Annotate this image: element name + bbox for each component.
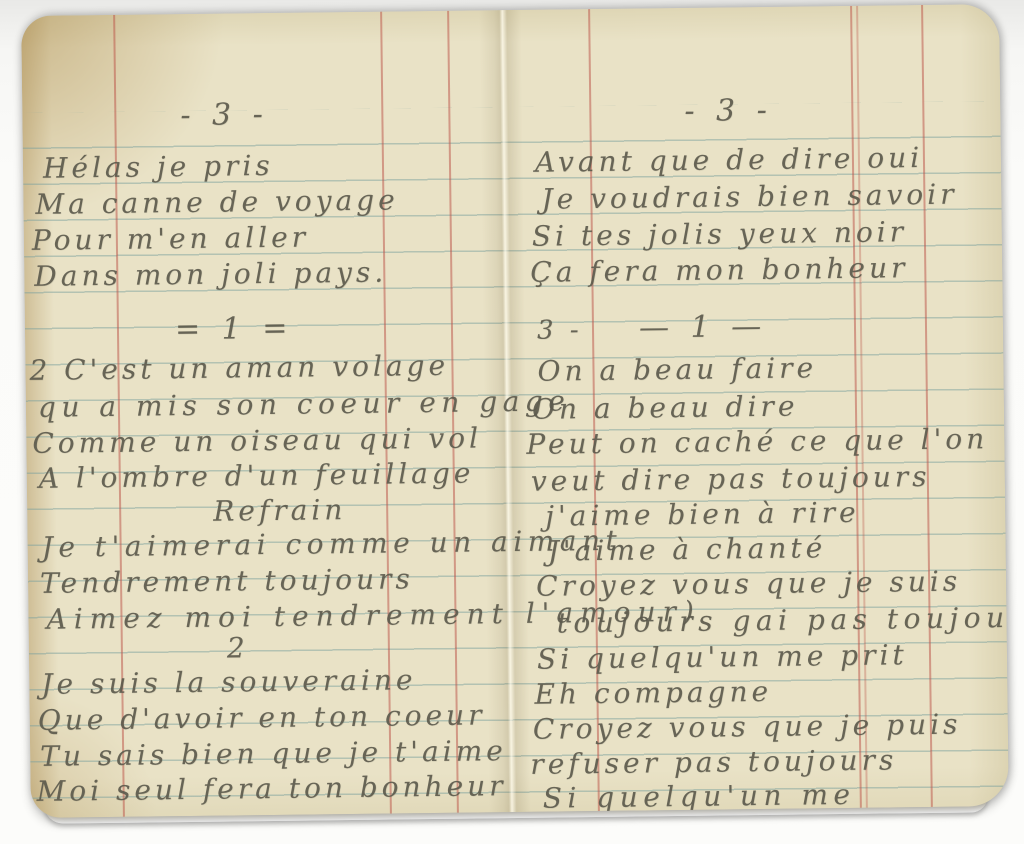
handwriting-line: Que d'avoir en ton coeur	[38, 698, 486, 736]
handwriting-line: qu a mis son coeur en gage	[38, 384, 571, 424]
left-page-number-heading: - 3 -	[180, 97, 269, 133]
handwriting-line: Dans mon joli pays.	[34, 256, 387, 293]
handwriting-line: J'aime à chanté	[548, 531, 827, 567]
handwriting-line: Si tes jolis yeux noir	[532, 215, 908, 253]
handwriting-line: Si quelqu'un me prit	[537, 638, 908, 676]
handwriting-line: toujours gai pas toujours	[556, 601, 1008, 640]
handwriting-line: Croyez vous que je puis	[533, 708, 962, 746]
refrain-heading: Refrain	[213, 493, 346, 528]
verse2-heading: 2	[227, 631, 249, 664]
right-song-heading: — 1 —	[639, 309, 768, 346]
handwriting-line: A l'ombre d'un feuillage	[39, 457, 475, 495]
handwriting-line: Ça fera mon bonheur	[530, 251, 908, 289]
handwriting-line: Je voudrais bien savoir	[541, 178, 957, 216]
handwriting-line: Tu sais bien que je t'aime	[40, 734, 507, 773]
photo-background: { "document_kind": "handwritten songbook…	[0, 0, 1024, 844]
handwriting-line: Hélas je pris	[43, 149, 274, 185]
right-page-number-heading: - 3 -	[684, 93, 773, 129]
handwriting-line: veut dire pas toujours	[531, 460, 931, 498]
handwriting-line: Pour m'en aller	[32, 221, 310, 257]
handwriting-line: Peut on caché ce que l'on	[526, 422, 988, 461]
handwriting-line: j'aime bien à rire	[545, 496, 860, 533]
handwriting-line: refuser pas toujours	[530, 743, 897, 780]
handwriting-line: Eh compagne	[534, 675, 772, 711]
handwriting-line: On a beau faire	[537, 351, 817, 387]
handwriting-line: Croyez vous que je suis	[536, 565, 961, 603]
handwriting-line: Avant que de dire oui	[535, 141, 924, 179]
handwriting-line: Je suis la souveraine	[41, 663, 417, 701]
left-song-heading: = 1 =	[175, 311, 294, 347]
handwriting-line: Comme un oiseau qui vol	[32, 421, 482, 459]
handwriting-line: Tendrement toujours	[40, 562, 414, 600]
notebook-spread: - 3 - Hélas je pris Ma canne de voyage P…	[21, 4, 1009, 818]
right-number-heading: 3 -	[537, 315, 583, 346]
handwriting-line: 2 C'est un aman volage	[29, 349, 449, 387]
handwriting-line: Ma canne de voyage	[35, 183, 399, 220]
handwriting-line: Moi seul fera ton bonheur	[36, 769, 506, 808]
handwriting-line: On a beau dire	[532, 390, 799, 426]
